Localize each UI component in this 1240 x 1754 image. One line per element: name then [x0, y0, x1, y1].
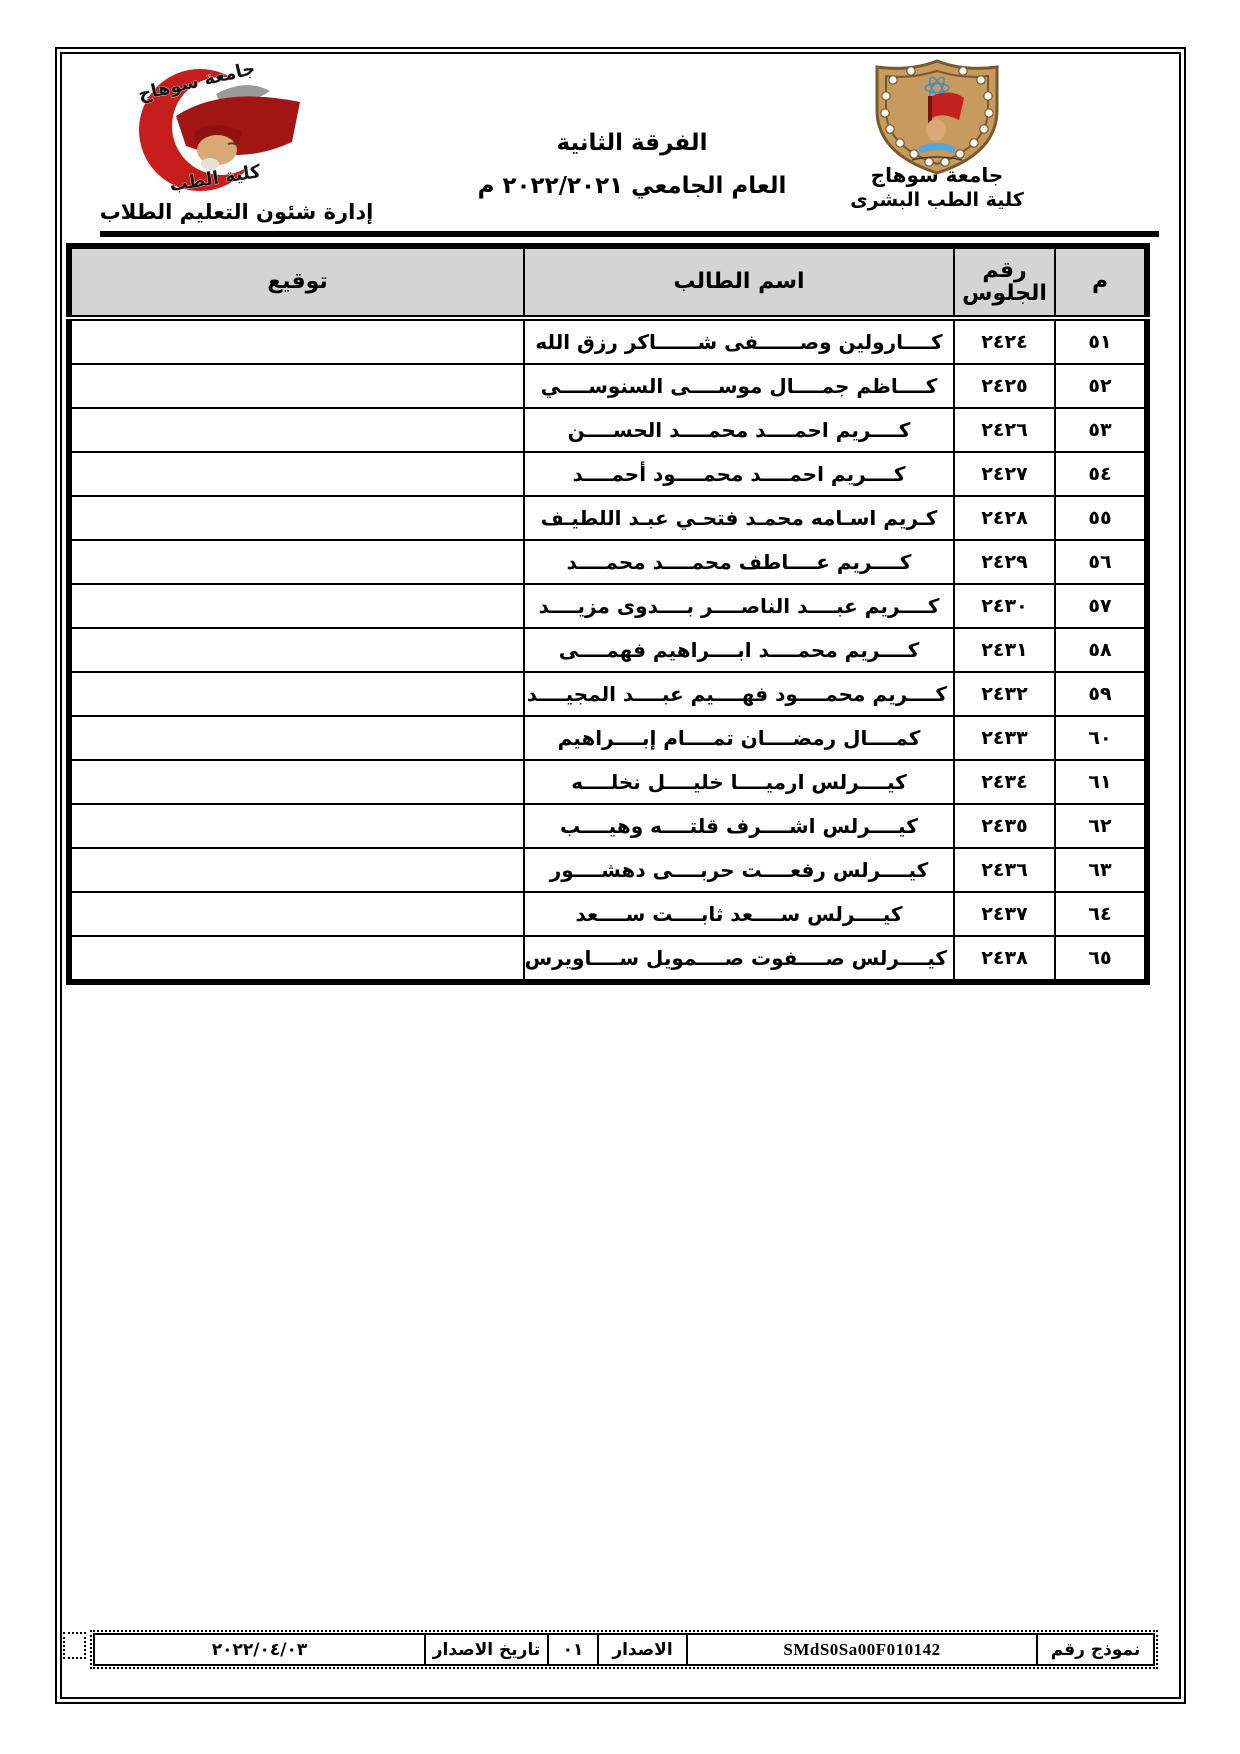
serial-cell: ٥٩: [1055, 672, 1147, 716]
serial-cell: ٦٥: [1055, 936, 1147, 982]
seat-number-cell: ٢٤٣٧: [954, 892, 1055, 936]
university-name-block: جامعة سوهاج كلية الطب البشرى: [835, 162, 1039, 213]
students-table-header: م رقم الجلوس اسم الطالب توقيع: [69, 246, 1147, 318]
table-row: ٦٥٢٤٣٨كيــــرلس صــــفوت صــــمويل ســــ…: [69, 936, 1147, 982]
table-row: ٥٨٢٤٣١كــــريم محمــــد ابــــراهيم فهمـ…: [69, 628, 1147, 672]
seat-number-cell: ٢٤٣٦: [954, 848, 1055, 892]
signature-cell: [69, 848, 524, 892]
column-header-student-name: اسم الطالب: [524, 246, 954, 318]
student-name-cell: كيــــرلس اشــــرف قلتــــه وهيــــب: [524, 804, 954, 848]
student-name-cell: كــــارولين وصــــــفى شــــــاكر رزق ال…: [524, 318, 954, 364]
signature-cell: [69, 452, 524, 496]
form-number-value: SMdS0Sa00F010142: [687, 1634, 1037, 1665]
student-name-cell: كــــاظم جمــــال موســــى السنوســــي: [524, 364, 954, 408]
faculty-name: كلية الطب البشرى: [835, 188, 1039, 213]
grade-title: الفرقة الثانية: [430, 130, 834, 156]
serial-cell: ٥٧: [1055, 584, 1147, 628]
page-border-frame: جامعة سوهاج كلية الطب إدارة شئون التعليم…: [55, 47, 1186, 1704]
signature-cell: [69, 628, 524, 672]
table-row: ٥٣٢٤٢٦كــــريم احمــــد محمــــد الحســـ…: [69, 408, 1147, 452]
student-name-cell: كيــــرلس رفعــــت حربــــى دهشــــور: [524, 848, 954, 892]
column-header-serial: م: [1055, 246, 1147, 318]
student-name-cell: كمــــال رمضــــان تمــــام إبــــراهيم: [524, 716, 954, 760]
seat-number-cell: ٢٤٢٥: [954, 364, 1055, 408]
student-name-cell: كــــريم احمــــد محمــــد الحســــن: [524, 408, 954, 452]
student-name-cell: كــــريم محمــــود فهــــيم عبــــد المج…: [524, 672, 954, 716]
seat-number-cell: ٢٤٢٧: [954, 452, 1055, 496]
table-row: ٦٠٢٤٣٣كمــــال رمضــــان تمــــام إبــــ…: [69, 716, 1147, 760]
seat-number-cell: ٢٤٣٥: [954, 804, 1055, 848]
issue-date-value: ٢٠٢٢/٠٤/٠٣: [94, 1634, 425, 1665]
signature-cell: [69, 936, 524, 982]
form-number-label: نموذج رقم: [1037, 1634, 1154, 1665]
header-divider-rule: [100, 231, 1159, 237]
signature-cell: [69, 496, 524, 540]
table-row: ٥٦٢٤٢٩كــــريم عــــاطف محمــــد محمــــ…: [69, 540, 1147, 584]
academic-year-title: العام الجامعي ٢٠٢٢/٢٠٢١ م: [430, 173, 834, 199]
student-name-cell: كيــــرلس ســــعد ثابــــت ســــعد: [524, 892, 954, 936]
signature-cell: [69, 804, 524, 848]
footer-corner-box: [63, 1632, 86, 1659]
seat-number-cell: ٢٤٣٤: [954, 760, 1055, 804]
table-row: ٥١٢٤٢٤كــــارولين وصــــــفى شــــــاكر …: [69, 318, 1147, 364]
serial-cell: ٦١: [1055, 760, 1147, 804]
footer-bar: نموذج رقم SMdS0Sa00F010142 الاصدار ٠١ تا…: [90, 1630, 1158, 1669]
table-row: ٦٢٢٤٣٥كيــــرلس اشــــرف قلتــــه وهيـــ…: [69, 804, 1147, 848]
seat-number-cell: ٢٤٣١: [954, 628, 1055, 672]
serial-cell: ٦٢: [1055, 804, 1147, 848]
signature-cell: [69, 716, 524, 760]
seat-number-cell: ٢٤٢٨: [954, 496, 1055, 540]
student-name-cell: كــــريم عــــاطف محمــــد محمــــد: [524, 540, 954, 584]
version-label: الاصدار: [598, 1634, 687, 1665]
signature-cell: [69, 364, 524, 408]
document-page: { "colors":{ "border":"#000000", "table_…: [0, 0, 1240, 1754]
table-row: ٥٤٢٤٢٧كــــريم احمــــد محمــــود أحمـــ…: [69, 452, 1147, 496]
student-name-cell: كيــــرلس ارميــــا خليــــل نخلــــه: [524, 760, 954, 804]
signature-cell: [69, 760, 524, 804]
serial-cell: ٦٣: [1055, 848, 1147, 892]
table-row: ٥٥٢٤٢٨كـريم اسـامه محمـد فتحـي عبـد اللط…: [69, 496, 1147, 540]
serial-cell: ٥٥: [1055, 496, 1147, 540]
university-name: جامعة سوهاج: [835, 162, 1039, 188]
student-name-cell: كــــريم احمــــد محمــــود أحمــــد: [524, 452, 954, 496]
signature-cell: [69, 540, 524, 584]
table-row: ٥٧٢٤٣٠كــــريم عبــــد الناصــــر بــــد…: [69, 584, 1147, 628]
department-title: إدارة شئون التعليم الطلاب: [84, 200, 389, 224]
version-value: ٠١: [548, 1634, 598, 1665]
signature-cell: [69, 584, 524, 628]
serial-cell: ٥٨: [1055, 628, 1147, 672]
serial-cell: ٥٦: [1055, 540, 1147, 584]
student-rows: ٥١٢٤٢٤كــــارولين وصــــــفى شــــــاكر …: [69, 318, 1147, 982]
column-header-seat-number: رقم الجلوس: [954, 246, 1055, 318]
table-row: ٦١٢٤٣٤كيــــرلس ارميــــا خليــــل نخلــ…: [69, 760, 1147, 804]
serial-cell: ٥٣: [1055, 408, 1147, 452]
table-row: ٦٣٢٤٣٦كيــــرلس رفعــــت حربــــى دهشـــ…: [69, 848, 1147, 892]
seat-number-cell: ٢٤٣٢: [954, 672, 1055, 716]
students-table: م رقم الجلوس اسم الطالب توقيع ٥١٢٤٢٤كـــ…: [66, 243, 1150, 985]
signature-cell: [69, 892, 524, 936]
serial-cell: ٦٤: [1055, 892, 1147, 936]
serial-cell: ٥٤: [1055, 452, 1147, 496]
student-name-cell: كــــريم محمــــد ابــــراهيم فهمــــى: [524, 628, 954, 672]
seat-number-cell: ٢٤٢٤: [954, 318, 1055, 364]
seat-number-cell: ٢٤٣٣: [954, 716, 1055, 760]
serial-cell: ٦٠: [1055, 716, 1147, 760]
seat-number-cell: ٢٤٢٩: [954, 540, 1055, 584]
signature-cell: [69, 672, 524, 716]
signature-cell: [69, 318, 524, 364]
seat-number-cell: ٢٤٣٨: [954, 936, 1055, 982]
signature-cell: [69, 408, 524, 452]
serial-cell: ٥١: [1055, 318, 1147, 364]
table-row: ٥٢٢٤٢٥كــــاظم جمــــال موســــى السنوسـ…: [69, 364, 1147, 408]
seat-number-cell: ٢٤٢٦: [954, 408, 1055, 452]
student-name-cell: كــــريم عبــــد الناصــــر بــــدوى مزي…: [524, 584, 954, 628]
serial-cell: ٥٢: [1055, 364, 1147, 408]
student-name-cell: كيــــرلس صــــفوت صــــمويل ســــاويرس: [524, 936, 954, 982]
student-name-cell: كـريم اسـامه محمـد فتحـي عبـد اللطيـف: [524, 496, 954, 540]
table-row: ٥٩٢٤٣٢كــــريم محمــــود فهــــيم عبــــ…: [69, 672, 1147, 716]
table-row: ٦٤٢٤٣٧كيــــرلس ســــعد ثابــــت ســــعد: [69, 892, 1147, 936]
issue-date-label: تاريخ الاصدار: [425, 1634, 548, 1665]
page-title: الفرقة الثانية العام الجامعي ٢٠٢٢/٢٠٢١ م: [430, 130, 834, 199]
seat-number-cell: ٢٤٣٠: [954, 584, 1055, 628]
column-header-signature: توقيع: [69, 246, 524, 318]
crescent-medical-logo-icon: جامعة سوهاج كلية الطب: [100, 60, 306, 202]
